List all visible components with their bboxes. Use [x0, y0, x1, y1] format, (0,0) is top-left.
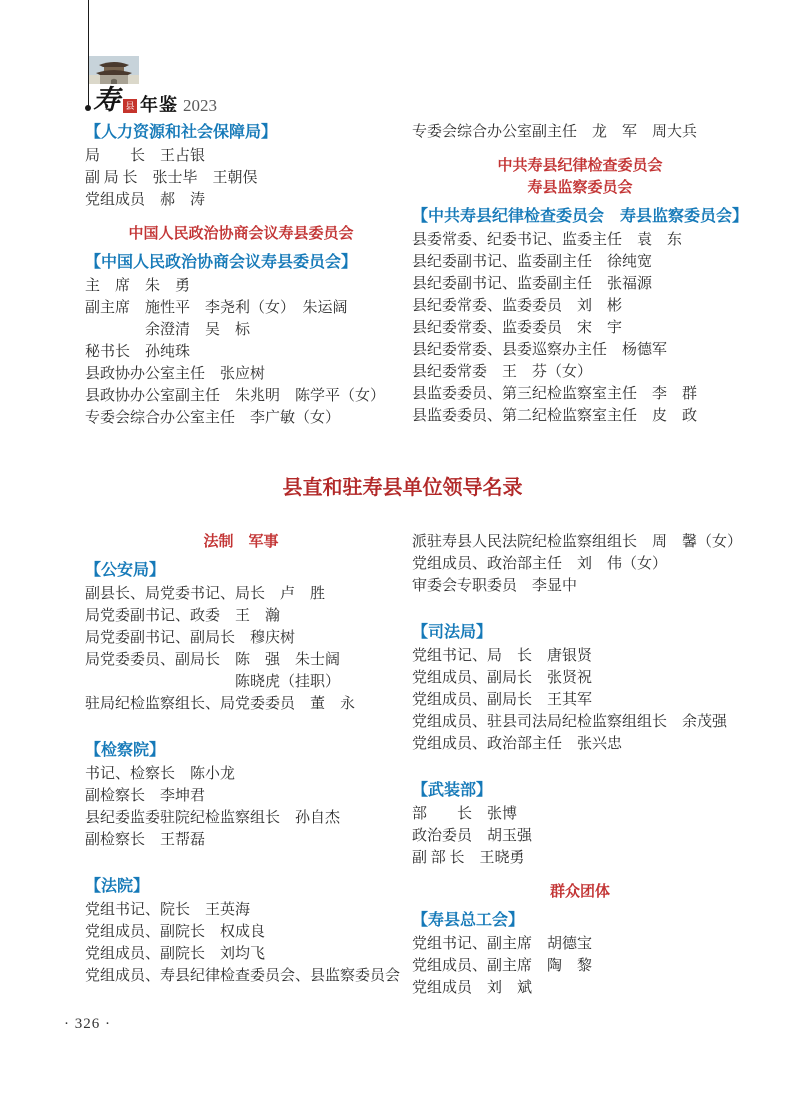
text-line: 审委会专职委员 李显中: [412, 575, 748, 597]
org-header: 【公安局】: [85, 559, 397, 583]
header-rule-line: [88, 0, 89, 108]
page-number: · 326 ·: [64, 1016, 111, 1033]
text-line: 党组成员、副主席 陶 黎: [412, 955, 748, 977]
text-line: 局党委副书记、副局长 穆庆树: [85, 627, 397, 649]
header-rule-dot: [85, 105, 91, 111]
org-header: 【人力资源和社会保障局】: [85, 121, 397, 145]
text-line: 县纪委常委、监委委员 刘 彬: [412, 295, 748, 317]
text-line: 副 部 长 王晓勇: [412, 847, 748, 869]
text-line: 驻局纪检监察组长、局党委委员 董 永: [85, 693, 397, 715]
logo-seal-icon: 县: [123, 99, 137, 113]
org-header: 【司法局】: [412, 621, 748, 645]
org-header: 【中国人民政治协商会议寿县委员会】: [85, 251, 397, 275]
text-line: 县纪委常委 王 芬（女）: [412, 361, 748, 383]
text-line: 县纪委监委驻院纪检监察组长 孙自杰: [85, 807, 397, 829]
text-line: 县纪委常委、监委委员 宋 宇: [412, 317, 748, 339]
group-heading: 中共寿县纪律检查委员会: [412, 155, 748, 177]
text-line: 县纪委副书记、监委副主任 张福源: [412, 273, 748, 295]
text-line: 主 席 朱 勇: [85, 275, 397, 297]
text-line: 局党委委员、副局长 陈 强 朱士阔: [85, 649, 397, 671]
org-header: 【寿县总工会】: [412, 909, 748, 933]
city-gate-photo: [89, 56, 139, 84]
text-line: 党组成员、政治部主任 张兴忠: [412, 733, 748, 755]
yearbook-page: 寿 县 年鉴 2023 【人力资源和社会保障局】局 长 王占银副 局 长 张士毕…: [0, 0, 805, 1100]
logo-yearbook-text: 年鉴: [140, 97, 178, 114]
text-line: 党组书记、副主席 胡德宝: [412, 933, 748, 955]
text-line: 党组成员、政治部主任 刘 伟（女）: [412, 553, 748, 575]
org-header: 【中共寿县纪律检查委员会 寿县监察委员会】: [412, 205, 748, 229]
logo-seal-char: 县: [125, 102, 134, 111]
logo-shou-character: 寿: [93, 88, 120, 114]
text-line: 副检察长 李坤君: [85, 785, 397, 807]
group-heading: 寿县监察委员会: [412, 177, 748, 199]
group-heading: 法制 军事: [85, 531, 397, 553]
logo-year: 2023: [183, 98, 217, 114]
text-line: 党组成员 刘 斌: [412, 977, 748, 999]
text-line: 派驻寿县人民法院纪检监察组组长 周 馨（女）: [412, 531, 748, 553]
text-line: 党组书记、局 长 唐银贤: [412, 645, 748, 667]
text-line: 专委会综合办公室主任 李广敏（女）: [85, 407, 397, 429]
bottom-right-column: 派驻寿县人民法院纪检监察组组长 周 馨（女）党组成员、政治部主任 刘 伟（女）审…: [412, 531, 748, 999]
org-header: 【法院】: [85, 875, 397, 899]
text-line: 副 局 长 张士毕 王朝俣: [85, 167, 397, 189]
text-line: 党组成员、副院长 权成良: [85, 921, 397, 943]
yearbook-logo: 寿 县 年鉴 2023: [93, 88, 217, 114]
section-title: 县直和驻寿县单位领导名录: [71, 473, 734, 503]
text-line: 政治委员 胡玉强: [412, 825, 748, 847]
page-header: 寿 县 年鉴 2023: [0, 0, 805, 121]
bottom-columns: 法制 军事【公安局】副县长、局党委书记、局长 卢 胜局党委副书记、政委 王 瀚局…: [85, 531, 748, 999]
text-line: 党组成员、副局长 张贤祝: [412, 667, 748, 689]
top-right-column: 专委会综合办公室副主任 龙 军 周大兵中共寿县纪律检查委员会寿县监察委员会【中共…: [412, 121, 748, 427]
text-line: 县纪委常委、县委巡察办主任 杨德军: [412, 339, 748, 361]
top-left-column: 【人力资源和社会保障局】局 长 王占银副 局 长 张士毕 王朝俣党组成员 郝 涛…: [85, 121, 397, 429]
text-line: 余澄清 吴 标: [85, 319, 397, 341]
org-header: 【武装部】: [412, 779, 748, 803]
group-heading: 中国人民政治协商会议寿县委员会: [85, 223, 397, 245]
text-line: 秘书长 孙纯珠: [85, 341, 397, 363]
bottom-left-column: 法制 军事【公安局】副县长、局党委书记、局长 卢 胜局党委副书记、政委 王 瀚局…: [85, 531, 397, 987]
text-line: 陈晓虎（挂职）: [85, 671, 397, 693]
text-line: 县委常委、纪委书记、监委主任 袁 东: [412, 229, 748, 251]
text-line: 党组成员、驻县司法局纪检监察组组长 余茂强: [412, 711, 748, 733]
text-line: 党组成员 郝 涛: [85, 189, 397, 211]
group-heading: 群众团体: [412, 881, 748, 903]
text-line: 专委会综合办公室副主任 龙 军 周大兵: [412, 121, 748, 143]
text-line: 部 长 张博: [412, 803, 748, 825]
top-columns: 【人力资源和社会保障局】局 长 王占银副 局 长 张士毕 王朝俣党组成员 郝 涛…: [85, 121, 748, 429]
text-line: 县监委委员、第二纪检监察室主任 皮 政: [412, 405, 748, 427]
text-line: 局 长 王占银: [85, 145, 397, 167]
text-line: 县政协办公室副主任 朱兆明 陈学平（女）: [85, 385, 397, 407]
text-line: 党组成员、副局长 王其军: [412, 689, 748, 711]
text-line: 书记、检察长 陈小龙: [85, 763, 397, 785]
text-line: 副主席 施性平 李尧利（女） 朱运阔: [85, 297, 397, 319]
text-line: 党组成员、寿县纪律检查委员会、县监察委员会: [85, 965, 397, 987]
text-line: 党组书记、院长 王英海: [85, 899, 397, 921]
text-line: 县政协办公室主任 张应树: [85, 363, 397, 385]
text-line: 县监委委员、第三纪检监察室主任 李 群: [412, 383, 748, 405]
text-line: 党组成员、副院长 刘均飞: [85, 943, 397, 965]
text-line: 副检察长 王帮磊: [85, 829, 397, 851]
org-header: 【检察院】: [85, 739, 397, 763]
text-line: 局党委副书记、政委 王 瀚: [85, 605, 397, 627]
text-line: 县纪委副书记、监委副主任 徐纯宽: [412, 251, 748, 273]
text-line: 副县长、局党委书记、局长 卢 胜: [85, 583, 397, 605]
